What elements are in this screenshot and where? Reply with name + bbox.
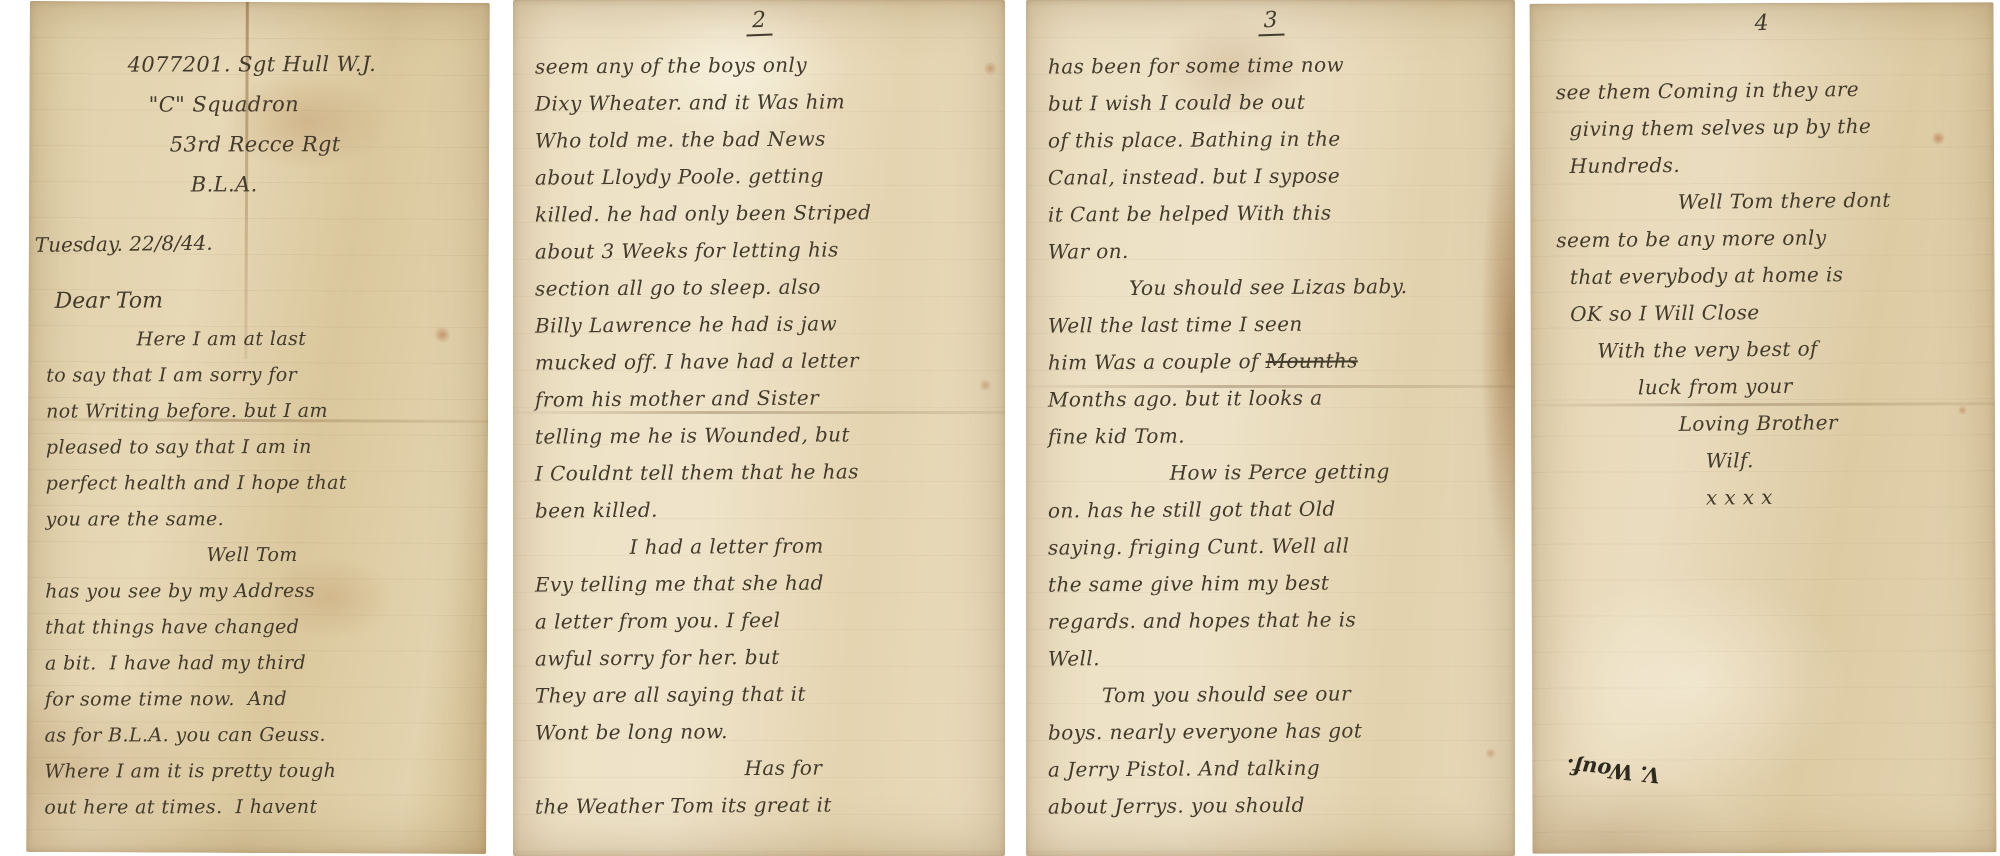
letter-line: boys. nearly everyone has got <box>1048 711 1499 751</box>
letter-line: Here I am at last <box>46 320 476 357</box>
letter-line: They are all saying that it <box>535 674 989 714</box>
letter-line: you are the same. <box>46 500 476 537</box>
letter-line: a letter from you. I feel <box>535 600 989 640</box>
letter-line: I Couldnt tell them that he has <box>535 452 989 492</box>
letter-line: Dixy Wheater. and it Was him <box>535 82 989 122</box>
letter-body-page-1: Here I am at lastto say that I am sorry … <box>26 320 488 826</box>
crossed-out-word: Mounths <box>1265 348 1357 373</box>
letter-line: regards. and hopes that he is <box>1048 600 1499 640</box>
letter-line: I had a letter from <box>535 526 989 566</box>
letter-line: telling me he is Wounded, but <box>535 415 989 455</box>
letter-line: from his mother and Sister <box>535 378 989 418</box>
letter-page-4: 4 see them Coming in they are giving the… <box>1530 2 1997 854</box>
letter-line: mucked off. I have had a letter <box>535 341 989 381</box>
letter-page-1: 4077201. Sgt Hull W.J. "C" Squadron 53rd… <box>26 1 490 854</box>
letter-line: War on. <box>1048 230 1499 270</box>
letter-line: Has for <box>535 748 989 788</box>
letter-line: the same give him my best <box>1048 563 1499 603</box>
letter-line: luck from your <box>1557 366 1981 407</box>
letter-line: 53rd Recce Rgt <box>127 124 481 165</box>
page-number: 4 <box>1529 2 1994 45</box>
letter-line: that things have changed <box>45 608 475 645</box>
letter-line: about 3 Weeks for letting his <box>535 230 989 270</box>
letter-line: has been for some time now <box>1048 45 1499 85</box>
letter-line: about Lloydy Poole. getting <box>535 156 989 196</box>
letter-line: that everybody at home is <box>1556 255 1980 296</box>
letter-line: as for B.L.A. you can Geuss. <box>45 716 475 753</box>
date-line: Tuesday. 22/8/44. <box>29 227 489 257</box>
letter-line: Wilf. <box>1557 440 1981 481</box>
letter-line: see them Coming in they are <box>1556 70 1980 111</box>
letter-line: him Was a couple of Mounths <box>1048 341 1499 381</box>
letter-line: section all go to sleep. also <box>535 267 989 307</box>
letter-line: Hundreds. <box>1556 144 1980 185</box>
salutation: Dear Tom <box>29 287 489 314</box>
letter-line: of this place. Bathing in the <box>1048 119 1499 159</box>
letter-body-page-2: seem any of the boys onlyDixy Wheater. a… <box>513 47 1005 824</box>
letter-line: Well Tom there dont <box>1556 181 1980 222</box>
letter-line: to say that I am sorry for <box>46 356 476 393</box>
letter-line: Evy telling me that she had <box>535 563 989 603</box>
letter-line: 4077201. Sgt Hull W.J. <box>128 44 482 85</box>
letter-line: fine kid Tom. <box>1048 415 1499 455</box>
letter-line: Where I am it is pretty tough <box>44 752 474 789</box>
letter-line: giving them selves up by the <box>1556 107 1980 148</box>
page-number-text: 2 <box>746 8 773 37</box>
letter-line: has you see by my Address <box>45 572 475 609</box>
page-number-text: 4 <box>1754 11 1769 37</box>
page-number-text: 3 <box>1257 8 1284 37</box>
letter-body-page-3: has been for some time nowbut I wish I c… <box>1026 47 1515 824</box>
letter-line: out here at times. I havent <box>44 788 474 825</box>
letter-line: You should see Lizas baby. <box>1048 267 1499 307</box>
letter-line: pleased to say that I am in <box>46 428 476 465</box>
letter-line: "C" Squadron <box>127 84 481 125</box>
letter-line: Loving Brother <box>1557 403 1981 444</box>
letter-line: OK so I Will Close <box>1556 292 1980 333</box>
letter-line: seem any of the boys only <box>535 45 989 85</box>
letter-line: been killed. <box>535 489 989 529</box>
letter-line: Months ago. but it looks a <box>1048 378 1499 418</box>
letter-page-2: 2 seem any of the boys onlyDixy Wheater.… <box>513 0 1005 856</box>
letter-line: it Cant be helped With this <box>1048 193 1499 233</box>
letter-line: Well the last time I seen <box>1048 304 1499 344</box>
letter-line: a Jerry Pistol. And talking <box>1048 748 1499 788</box>
letter-line: Wont be long now. <box>535 711 989 751</box>
letter-page-3: 3 has been for some time nowbut I wish I… <box>1026 0 1515 856</box>
upside-down-signature: V. Wouf. <box>1565 754 1661 788</box>
letter-line: killed. he had only been Striped <box>535 193 989 233</box>
sender-address-block: 4077201. Sgt Hull W.J. "C" Squadron 53rd… <box>29 1 490 205</box>
letter-line: seem to be any more only <box>1556 218 1980 259</box>
letter-line: saying. friging Cunt. Well all <box>1048 526 1499 566</box>
letter-line: B.L.A. <box>127 164 481 205</box>
letter-line: With the very best of <box>1557 329 1981 370</box>
letter-line: on. has he still got that Old <box>1048 489 1499 529</box>
letter-line: How is Perce getting <box>1048 452 1499 492</box>
page-number: 3 <box>1026 0 1516 42</box>
letter-line: a bit. I have had my third <box>45 644 475 681</box>
letter-line: x x x x <box>1557 477 1981 518</box>
letter-body-page-4: see them Coming in they are giving them … <box>1530 71 1996 517</box>
letter-line: Tom you should see our <box>1048 674 1499 714</box>
letter-line: Well. <box>1048 637 1499 677</box>
letter-line: Canal, instead. but I sypose <box>1048 156 1499 196</box>
page-number: 2 <box>513 0 1006 42</box>
letter-line: the Weather Tom its great it <box>535 785 989 825</box>
letter-line: not Writing before. but I am <box>46 392 476 429</box>
letter-line: Who told me. the bad News <box>535 119 989 159</box>
letter-line: Billy Lawrence he had is jaw <box>535 304 989 344</box>
letter-line: but I wish I could be out <box>1048 82 1499 122</box>
letter-line: awful sorry for her. but <box>535 637 989 677</box>
letter-line: Well Tom <box>45 536 475 573</box>
letter-line: perfect health and I hope that <box>46 464 476 501</box>
letter-line: about Jerrys. you should <box>1048 785 1499 825</box>
letter-line: for some time now. And <box>45 680 475 717</box>
